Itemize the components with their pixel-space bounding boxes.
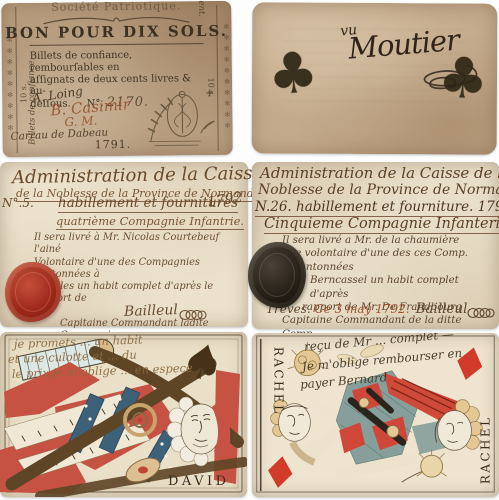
admin-title-line1: Administration de la Caisse — [12, 163, 263, 188]
card-club-back: ♣ ♣ vu Moutier — [252, 2, 498, 154]
diamond-icon: ♦ — [443, 334, 496, 395]
company-line: Cinquieme Compagnie Infanterie. — [264, 216, 499, 234]
signature-flourish — [466, 306, 496, 320]
queen-name-left: RACHEL — [272, 347, 286, 416]
society-header: Société Patriotique. — [1, 0, 231, 14]
body-line-2: Volontaire d'une des Compagnies cantonné… — [34, 257, 246, 282]
card-admin-note-treves: Administration de la Caisse de la Nobles… — [252, 162, 499, 329]
queen-name-right: RACHEL — [478, 416, 492, 485]
black-wax-seal — [248, 242, 306, 308]
body-line-3: Nivelles un habit complet d'après le rap… — [34, 281, 246, 306]
note-body: Il sera livré a Mr. de la chaumière le v… — [282, 234, 496, 341]
body-line-1: Il sera livré à Mr. Nicolas Courtebeuf l… — [34, 232, 246, 257]
note-number: N°.5. — [2, 196, 34, 210]
king-name: DAVID — [168, 474, 230, 489]
note-year: 1792 — [206, 190, 244, 211]
date: Ce 3 may 1792. — [315, 302, 410, 316]
body-line-1: Billets de confiance, rembourſables en — [30, 50, 133, 74]
edge-value-left: 10 s. — [19, 84, 28, 103]
body-line-1: Il sera livré a Mr. de la chaumière — [282, 234, 496, 247]
signature-flourish — [178, 308, 208, 322]
note-title: BON POUR DIX SOLS. — [1, 22, 231, 42]
bailleul-signature: Bailleul — [124, 302, 178, 320]
admin-title-line1: Administration de la Caisse de la — [260, 164, 499, 182]
queen-handwriting: reçu de Mr ... complet — Je m'oblige rem… — [299, 333, 462, 392]
club-icon: ♣ — [266, 45, 320, 104]
admin-title-line2: Noblesse de la Province de Normandie. — [258, 182, 499, 198]
note-subheading: quatrième Compagnie Infantrie. — [56, 214, 244, 230]
caduceus-emblem — [130, 83, 219, 150]
closing-line: Treves. Ce 3 may 1792.Bailleul — [266, 301, 468, 317]
card-admin-note-bruxelles: Administration de la Caisse de la Nobles… — [0, 162, 248, 327]
diamond-icon: ♦ — [257, 446, 303, 497]
card-queen-of-diamonds: ♦ ♦ RACHEL RACHEL reçu de Mr ... complet… — [252, 333, 499, 497]
body-line-3: Berncassel un habit complet d'après — [282, 274, 496, 301]
bailleul-signature: Bailleul — [416, 301, 468, 317]
body-line-2: le volontaire d'une des ces Comp. Canton… — [282, 247, 496, 274]
number-heading-year: N.26. habillement et fourniture. 1792. — [255, 199, 499, 217]
king-handwriting: je promets ... un habit et une culotte e… — [8, 333, 194, 381]
card-king-of-spades: ♠ DAVID je promets ... un habit et une c… — [0, 332, 247, 497]
queen-of-diamonds-art: ♦ ♦ RACHEL RACHEL reçu de Mr ... complet… — [252, 333, 499, 497]
year-1791: 1791. — [95, 138, 132, 151]
king-of-spades-art: ♠ DAVID je promets ... un habit et une c… — [0, 332, 247, 497]
king-face — [167, 397, 230, 466]
signature-flourish — [398, 59, 484, 103]
title-rule — [30, 43, 204, 46]
photo-of-six-cards: ✻✻✻✻✻✻✻✻✻✻ ✻✻✻✻✻✻✻✻✻✻ Billets de confian… — [0, 0, 499, 500]
card-bon-pour-dix-sols: ✻✻✻✻✻✻✻✻✻✻ ✻✻✻✻✻✻✻✻✻✻ Billets de confian… — [1, 1, 233, 157]
